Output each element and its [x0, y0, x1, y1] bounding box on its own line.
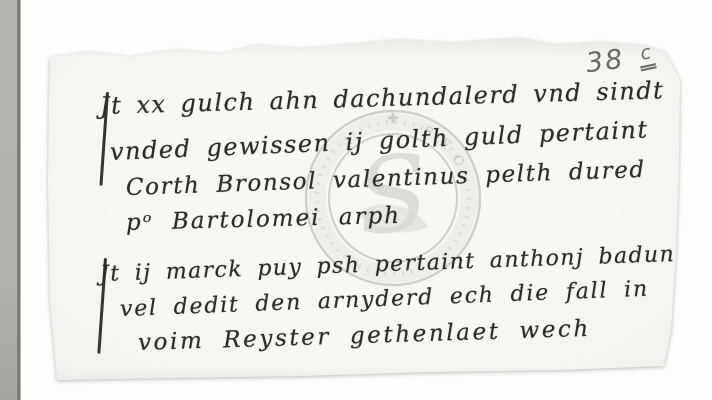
scan-backing-strip: [0, 0, 17, 400]
stamp-cross-icon: ✚: [387, 111, 399, 127]
manuscript-paper-wrap: ✚ S E C S Jt xx gulch ahn dachundalerd v…: [46, 36, 682, 382]
manuscript-paper: ✚ S E C S Jt xx gulch ahn dachundalerd v…: [46, 36, 682, 382]
scanned-manuscript-page: ✚ S E C S Jt xx gulch ahn dachundalerd v…: [0, 0, 712, 400]
folio-number: 38: [584, 44, 626, 79]
scan-backing-edge-line: [17, 0, 21, 400]
folio-letter-mark: c: [635, 41, 657, 72]
manuscript-line-7: voim Reyster gethenlaet wech: [138, 316, 592, 356]
